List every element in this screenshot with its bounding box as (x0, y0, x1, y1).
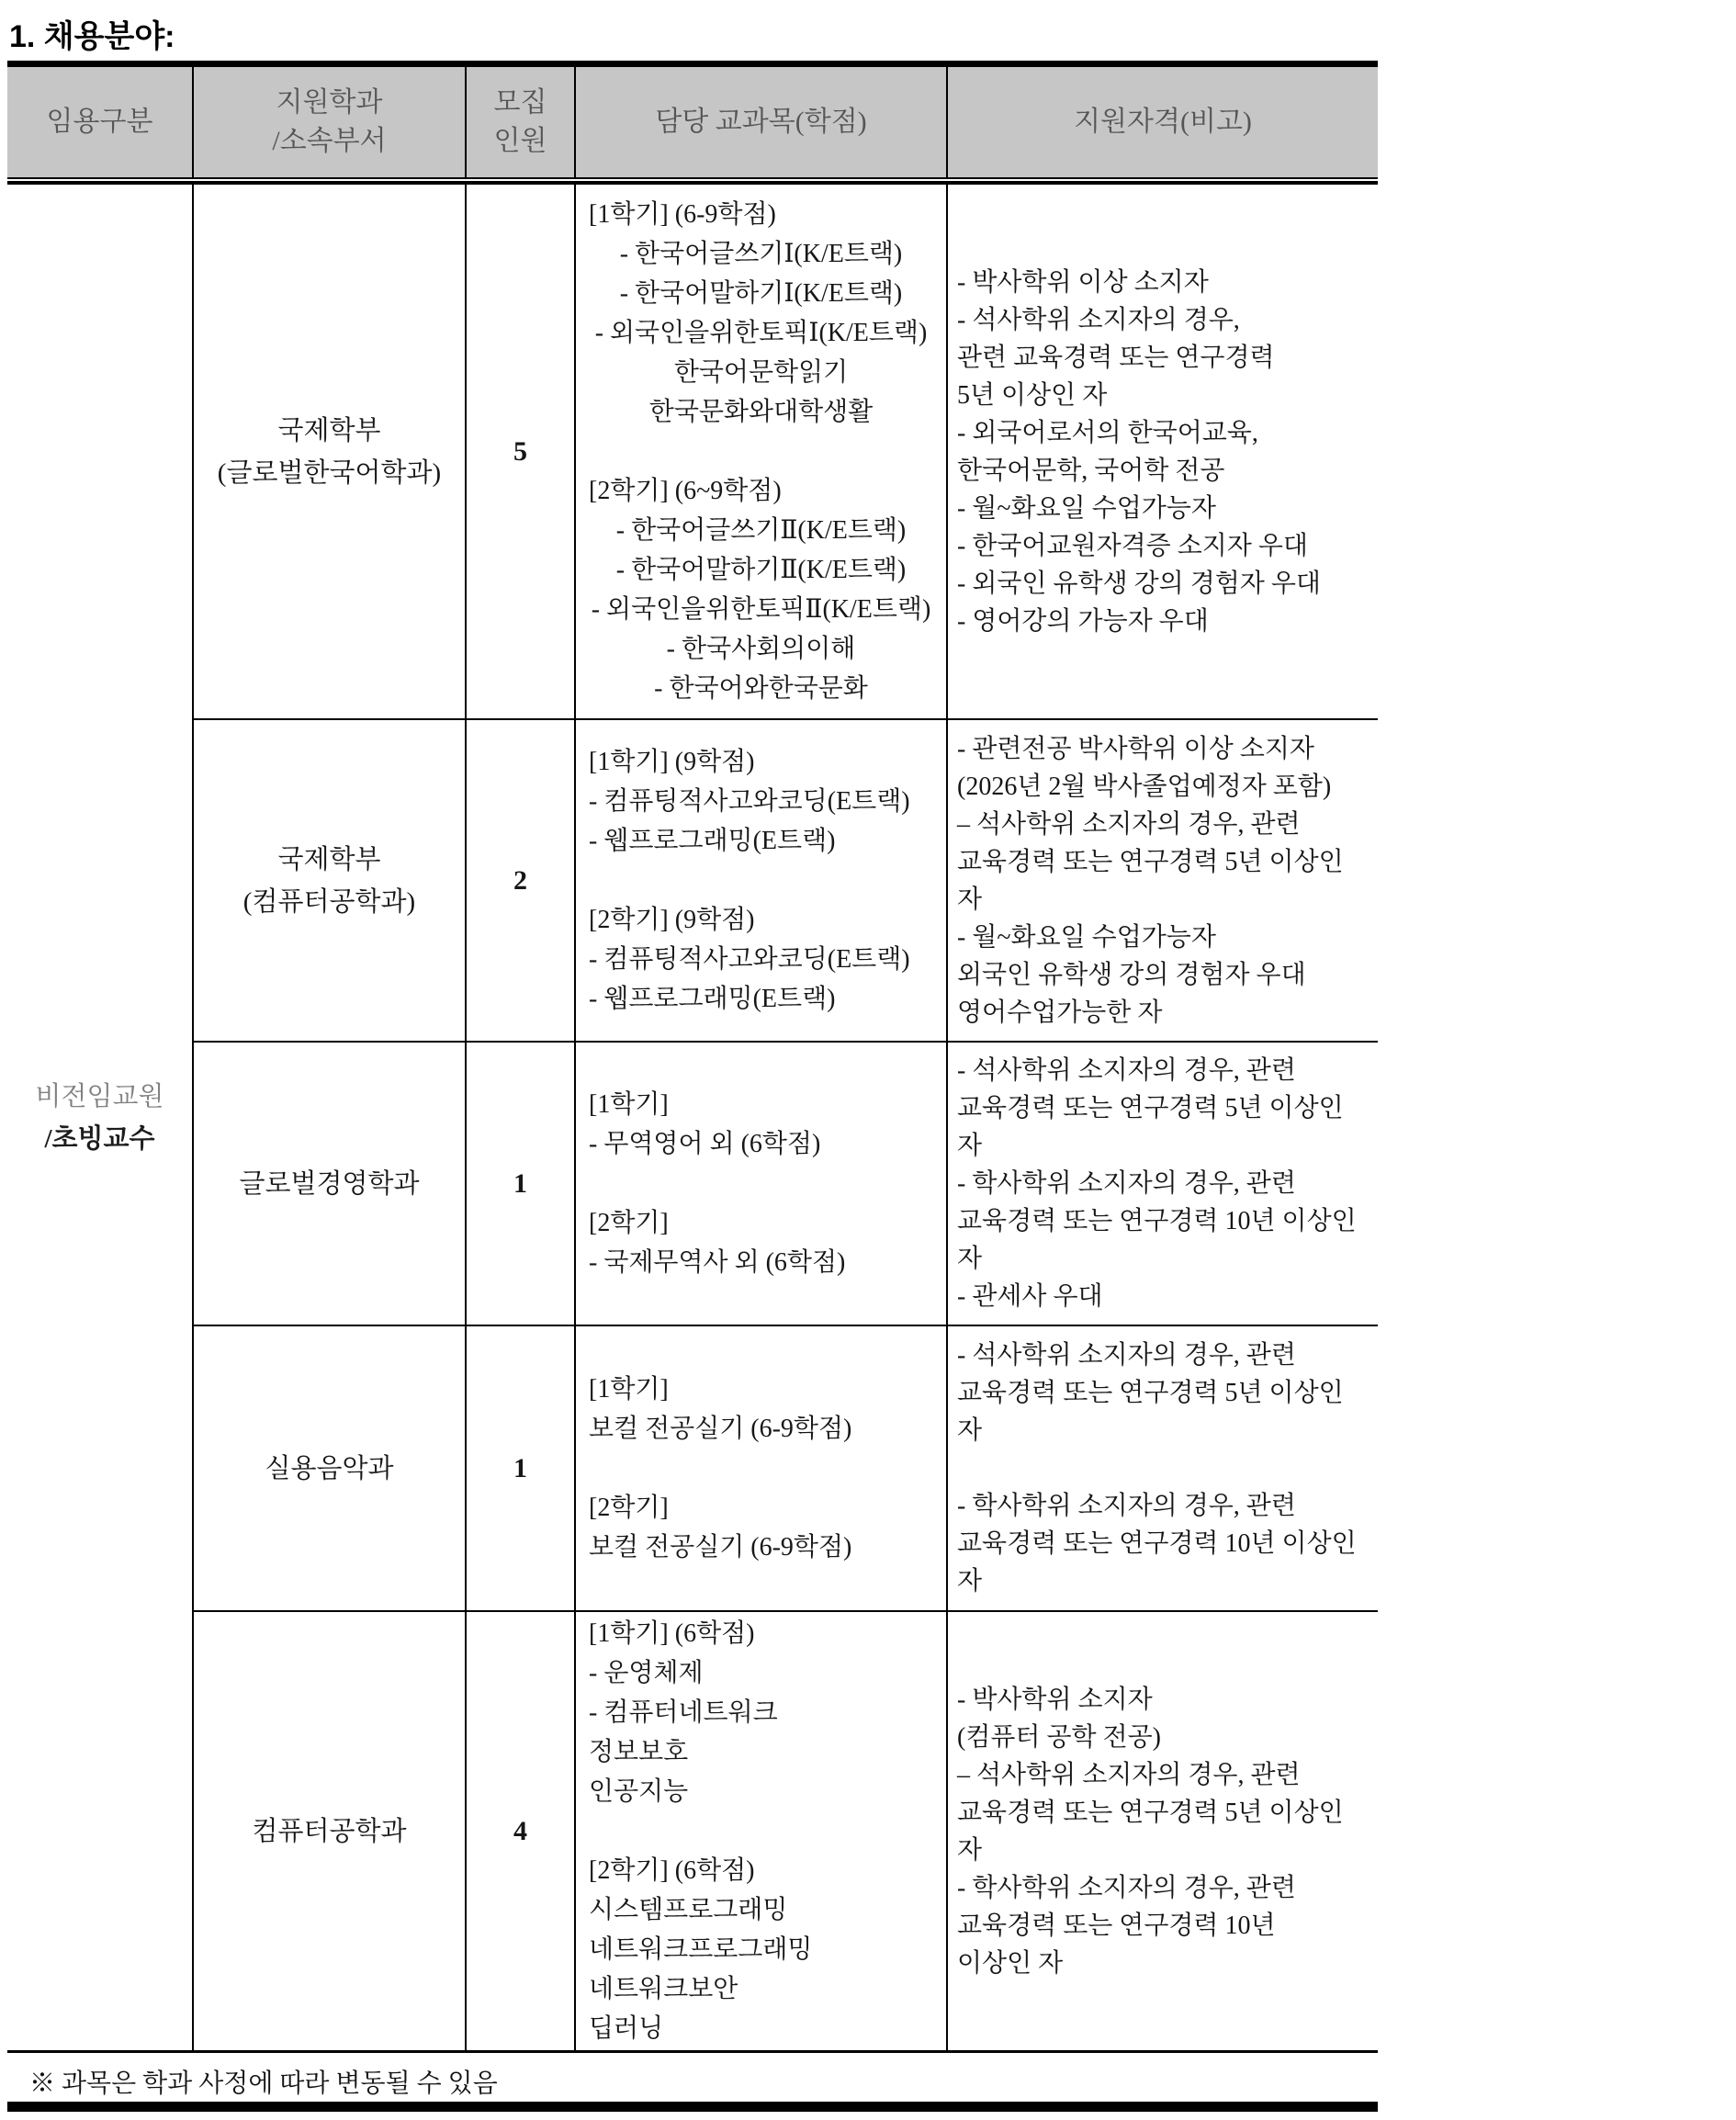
department-cell: 국제학부(글로벌한국어학과) (194, 185, 467, 718)
qualification-cell: - 관련전공 박사학위 이상 소지자(2026년 2월 박사졸업예정자 포함)–… (948, 720, 1378, 1041)
qualification-line: - 학사학위 소지자의 경우, 관련 (957, 1869, 1374, 1907)
qualification-line: - 박사학위 소지자 (957, 1681, 1374, 1719)
subject-line: 보컬 전공실기 (6-9학점) (581, 1409, 941, 1449)
subject-line: - 한국사회의이해 (581, 629, 941, 669)
employment-type-line2: /초빙교수 (44, 1118, 154, 1160)
qualification-line: - 관세사 우대 (957, 1278, 1374, 1315)
page-bottom-rule (7, 2102, 1378, 2112)
subject-line: 네트워크보안 (581, 1969, 941, 2009)
subject-line: 인공지능 (581, 1772, 941, 1811)
subjects-cell: [1학기] (6-9학점)- 한국어글쓰기Ⅰ(K/E트랙)- 한국어말하기Ⅰ(K… (576, 185, 948, 718)
header-line: 모집 (494, 84, 547, 122)
subject-line: 한국문화와대학생활 (581, 392, 941, 432)
qualification-line: - 관련전공 박사학위 이상 소지자 (957, 730, 1374, 768)
qualification-line: - 월~화요일 수업가능자 (957, 919, 1374, 956)
subject-line: - 컴퓨팅적사고와코딩(E트랙) (581, 940, 941, 979)
subject-line: 딥러닝 (581, 2009, 941, 2048)
subject-line: [2학기] (6~9학점) (581, 471, 941, 511)
qualification-line: - 학사학위 소지자의 경우, 관련 (957, 1165, 1374, 1202)
subject-line: 네트워크프로그래밍 (581, 1930, 941, 1969)
qualification-line: – 석사학위 소지자의 경우, 관련 (957, 806, 1374, 843)
subject-line: 한국어문학읽기 (581, 353, 941, 392)
table-row: 컴퓨터공학과4[1학기] (6학점)- 운영체제- 컴퓨터네트워크정보보호인공지… (194, 1612, 1378, 2050)
header-line: 지원학과 (276, 84, 383, 122)
department-line: (컴퓨터공학과) (243, 881, 415, 923)
qualification-line: 5년 이상인 자 (957, 377, 1374, 414)
subject-line: - 컴퓨터네트워크 (581, 1693, 941, 1732)
qualification-line: 자 (957, 1562, 1374, 1600)
qualification-cell: - 석사학위 소지자의 경우, 관련교육경력 또는 연구경력 5년 이상인자 -… (948, 1326, 1378, 1610)
subject-line: - 웹프로그래밍(E트랙) (581, 979, 941, 1019)
subject-line: [2학기] (6학점) (581, 1851, 941, 1890)
subject-line (581, 432, 941, 471)
quota-cell: 1 (467, 1043, 576, 1325)
header-line: 지원자격(비고) (1074, 103, 1252, 141)
qualification-line: 교육경력 또는 연구경력 5년 이상인 (957, 1374, 1374, 1412)
subject-line: [2학기] (9학점) (581, 900, 941, 940)
department-line: 국제학부 (277, 839, 380, 881)
qualification-line: (컴퓨터 공학 전공) (957, 1719, 1374, 1756)
qualification-line: - 학사학위 소지자의 경우, 관련 (957, 1487, 1374, 1525)
footnote: ※ 과목은 학과 사정에 따라 변동될 수 있음 (29, 2063, 498, 2100)
qualification-line: - 월~화요일 수업가능자 (957, 490, 1374, 527)
qualification-line: 이상인 자 (957, 1945, 1374, 1982)
table-row: 국제학부(글로벌한국어학과)5[1학기] (6-9학점)- 한국어글쓰기Ⅰ(K/… (194, 185, 1378, 720)
subject-line: 정보보호 (581, 1732, 941, 1772)
subject-line: - 한국어말하기Ⅰ(K/E트랙) (581, 274, 941, 313)
table-rows: 국제학부(글로벌한국어학과)5[1학기] (6-9학점)- 한국어글쓰기Ⅰ(K/… (194, 185, 1378, 2050)
subject-line: - 한국어말하기Ⅱ(K/E트랙) (581, 550, 941, 590)
subjects-cell: [1학기] (6학점)- 운영체제- 컴퓨터네트워크정보보호인공지능 [2학기]… (576, 1612, 948, 2050)
merged-employment-cell: 비전임교원 /초빙교수 (7, 185, 194, 2050)
subjects-cell: [1학기] (9학점)- 컴퓨팅적사고와코딩(E트랙)- 웹프로그래밍(E트랙)… (576, 720, 948, 1041)
subject-line: - 외국인을위한토픽Ⅰ(K/E트랙) (581, 313, 941, 353)
header-double-rule (7, 177, 1378, 185)
table-header-row: 임용구분 지원학과/소속부서 모집인원 담당 교과목(학점) 지원자격(비고) (7, 67, 1378, 177)
qualification-line: 교육경력 또는 연구경력 10년 이상인 (957, 1202, 1374, 1240)
header-qualification: 지원자격(비고) (948, 67, 1378, 177)
subject-line: [2학기] (581, 1203, 941, 1243)
qualification-cell: - 석사학위 소지자의 경우, 관련교육경력 또는 연구경력 5년 이상인자- … (948, 1043, 1378, 1325)
subject-line: [1학기] (581, 1085, 941, 1124)
qualification-line: 자 (957, 1127, 1374, 1165)
qualification-line: 교육경력 또는 연구경력 10년 (957, 1907, 1374, 1945)
subject-line: - 외국인을위한토픽Ⅱ(K/E트랙) (581, 590, 941, 629)
subjects-cell: [1학기]- 무역영어 외 (6학점) [2학기]- 국제무역사 외 (6학점) (576, 1043, 948, 1325)
qualification-line: - 한국어교원자격증 소지자 우대 (957, 527, 1374, 565)
subject-line: 시스템프로그래밍 (581, 1890, 941, 1930)
subject-line: - 한국어와한국문화 (581, 669, 941, 708)
qualification-line: 자 (957, 1240, 1374, 1278)
department-line: 국제학부 (277, 410, 380, 452)
subject-line: - 한국어글쓰기Ⅰ(K/E트랙) (581, 234, 941, 274)
qualification-line: - 박사학위 이상 소지자 (957, 264, 1374, 301)
department-line: 글로벌경영학과 (239, 1163, 419, 1205)
qualification-line: 한국어문학, 국어학 전공 (957, 452, 1374, 490)
subject-line: [1학기] (9학점) (581, 742, 941, 782)
subject-line: - 컴퓨팅적사고와코딩(E트랙) (581, 782, 941, 821)
header-line: 담당 교과목(학점) (655, 103, 866, 141)
subject-line: 보컬 전공실기 (6-9학점) (581, 1528, 941, 1567)
quota-cell: 5 (467, 185, 576, 718)
qualification-line: - 영어강의 가능자 우대 (957, 603, 1374, 640)
subject-line: - 한국어글쓰기Ⅱ(K/E트랙) (581, 511, 941, 550)
header-department: 지원학과/소속부서 (194, 67, 467, 177)
table-row: 국제학부(컴퓨터공학과)2[1학기] (9학점)- 컴퓨팅적사고와코딩(E트랙)… (194, 720, 1378, 1043)
subject-line: - 웹프로그래밍(E트랙) (581, 821, 941, 861)
recruitment-table: 임용구분 지원학과/소속부서 모집인원 담당 교과목(학점) 지원자격(비고) … (7, 61, 1378, 2053)
subject-line (581, 861, 941, 900)
department-cell: 글로벌경영학과 (194, 1043, 467, 1325)
department-cell: 실용음악과 (194, 1326, 467, 1610)
qualification-line: - 석사학위 소지자의 경우, 관련 (957, 1052, 1374, 1089)
qualification-line: 교육경력 또는 연구경력 5년 이상인 (957, 1089, 1374, 1127)
qualification-line (957, 1449, 1374, 1487)
department-cell: 컴퓨터공학과 (194, 1612, 467, 2050)
qualification-line: 자 (957, 1412, 1374, 1449)
subject-line (581, 1164, 941, 1203)
subject-line: [1학기] (581, 1370, 941, 1409)
employment-type-line1: 비전임교원 (35, 1076, 163, 1118)
qualification-line: (2026년 2월 박사졸업예정자 포함) (957, 768, 1374, 806)
qualification-cell: - 박사학위 소지자(컴퓨터 공학 전공)– 석사학위 소지자의 경우, 관련교… (948, 1612, 1378, 2050)
subject-line: - 운영체제 (581, 1653, 941, 1693)
department-line: 컴퓨터공학과 (252, 1810, 406, 1853)
qualification-line: 교육경력 또는 연구경력 10년 이상인 (957, 1525, 1374, 1562)
quota-cell: 4 (467, 1612, 576, 2050)
subject-line (581, 1811, 941, 1851)
table-row: 글로벌경영학과1[1학기]- 무역영어 외 (6학점) [2학기]- 국제무역사… (194, 1043, 1378, 1326)
qualification-line: - 외국인 유학생 강의 경험자 우대 (957, 565, 1374, 603)
qualification-line: - 석사학위 소지자의 경우, (957, 301, 1374, 339)
table-body: 비전임교원 /초빙교수 국제학부(글로벌한국어학과)5[1학기] (6-9학점)… (7, 185, 1378, 2050)
qualification-cell: - 박사학위 이상 소지자- 석사학위 소지자의 경우,관련 교육경력 또는 연… (948, 185, 1378, 718)
qualification-line: 교육경력 또는 연구경력 5년 이상인 (957, 1794, 1374, 1832)
qualification-line: - 석사학위 소지자의 경우, 관련 (957, 1336, 1374, 1374)
department-line: 실용음악과 (265, 1448, 393, 1490)
qualification-line: 자 (957, 1832, 1374, 1869)
subject-line: [1학기] (6-9학점) (581, 195, 941, 234)
department-cell: 국제학부(컴퓨터공학과) (194, 720, 467, 1041)
department-line: (글로벌한국어학과) (218, 452, 441, 494)
subject-line: - 국제무역사 외 (6학점) (581, 1243, 941, 1282)
page-title: 1. 채용분야: (9, 11, 175, 56)
table-top-border (7, 61, 1378, 67)
qualification-line: 자 (957, 881, 1374, 919)
header-line: /소속부서 (272, 122, 386, 161)
subject-line: [2학기] (581, 1488, 941, 1528)
subject-line (581, 1449, 941, 1488)
quota-cell: 2 (467, 720, 576, 1041)
header-quota: 모집인원 (467, 67, 576, 177)
qualification-line: – 석사학위 소지자의 경우, 관련 (957, 1756, 1374, 1794)
qualification-line: 관련 교육경력 또는 연구경력 (957, 339, 1374, 377)
qualification-line: - 외국어로서의 한국어교육, (957, 414, 1374, 452)
subject-line: - 무역영어 외 (6학점) (581, 1124, 941, 1164)
qualification-line: 교육경력 또는 연구경력 5년 이상인 (957, 843, 1374, 881)
qualification-line: 외국인 유학생 강의 경험자 우대 (957, 956, 1374, 994)
table-row: 실용음악과1[1학기]보컬 전공실기 (6-9학점) [2학기]보컬 전공실기 … (194, 1326, 1378, 1612)
subject-line: [1학기] (6학점) (581, 1614, 941, 1653)
header-line: 인원 (494, 122, 547, 161)
header-subjects: 담당 교과목(학점) (576, 67, 948, 177)
subjects-cell: [1학기]보컬 전공실기 (6-9학점) [2학기]보컬 전공실기 (6-9학점… (576, 1326, 948, 1610)
qualification-line: 영어수업가능한 자 (957, 994, 1374, 1032)
header-employment-type: 임용구분 (7, 67, 194, 177)
header-line: 임용구분 (47, 103, 153, 141)
quota-cell: 1 (467, 1326, 576, 1610)
